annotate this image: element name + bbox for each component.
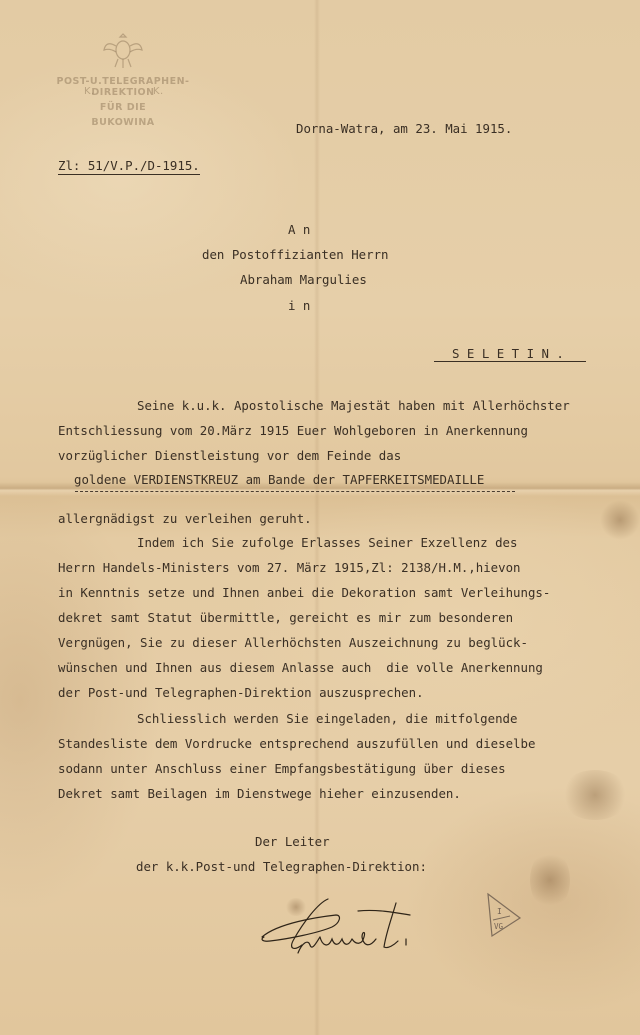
letterhead-line2: FÜR DIE (28, 102, 218, 113)
reference-number: Zl: 51/V.P./D-1915. (58, 158, 200, 175)
body-line: Seine k.u.k. Apostolische Majestät haben… (137, 398, 570, 413)
body-line: Indem ich Sie zufolge Erlasses Seiner Ex… (137, 535, 517, 550)
stamp-bottom-text: VG (494, 922, 504, 931)
vertical-fold-crease (314, 0, 320, 1035)
address-title: den Postoffizianten Herrn (202, 247, 389, 262)
letterhead-line1: POST-U.TELEGRAPHEN-DIREKTION (28, 76, 218, 98)
stamp-top-text: I (497, 907, 502, 916)
body-line: Dekret samt Beilagen im Dienstwege hiehe… (58, 786, 461, 801)
closing-line2: der k.k.Post-und Telegraphen-Direktion: (136, 859, 427, 874)
letter-page: K. K. POST-U.TELEGRAPHEN-DIREKTION FÜR D… (0, 0, 640, 1035)
closing-line1: Der Leiter (255, 834, 330, 849)
stain (530, 850, 570, 910)
decoration-name: goldene VERDIENSTKREUZ am Bande der TAPF… (74, 472, 484, 487)
handwritten-signature (258, 893, 418, 966)
address-to: A n (288, 222, 310, 237)
double-eagle-crest-icon (101, 30, 145, 68)
decoration-dashed-underline (75, 491, 515, 492)
city-underline (434, 361, 586, 362)
body-line: in Kenntnis setze und Ihnen anbei die De… (58, 585, 550, 600)
stain (600, 500, 640, 540)
body-line: der Post-und Telegraphen-Direktion auszu… (58, 685, 424, 700)
crest-left-letter: K. (84, 86, 95, 97)
letterhead-line3: BUKOWINA (28, 117, 218, 128)
embossed-letterhead: K. K. POST-U.TELEGRAPHEN-DIREKTION FÜR D… (28, 30, 218, 140)
body-line: Schliesslich werden Sie eingeladen, die … (137, 711, 517, 726)
body-line: Vergnügen, Sie zu dieser Allerhöchsten A… (58, 635, 528, 650)
destination-city: S E L E T I N . (452, 346, 564, 361)
triangular-registry-stamp: I VG (484, 892, 520, 936)
body-line: Herrn Handels-Ministers vom 27. März 191… (58, 560, 521, 575)
address-in: i n (288, 298, 310, 313)
body-line: allergnädigst zu verleihen geruht. (58, 511, 312, 526)
recipient-name: Abraham Margulies (240, 272, 367, 287)
body-line: Standesliste dem Vordrucke entsprechend … (58, 736, 535, 751)
body-line: vorzüglicher Dienstleistung vor dem Fein… (58, 448, 401, 463)
body-line: sodann unter Anschluss einer Empfangsbes… (58, 761, 506, 776)
body-line: Entschliessung vom 20.März 1915 Euer Woh… (58, 423, 528, 438)
body-line: dekret samt Statut übermittle, gereicht … (58, 610, 513, 625)
crest-right-letter: K. (153, 86, 164, 97)
body-line: wünschen und Ihnen aus diesem Anlasse au… (58, 660, 543, 675)
stain (560, 770, 630, 820)
place-date: Dorna-Watra, am 23. Mai 1915. (296, 121, 512, 136)
